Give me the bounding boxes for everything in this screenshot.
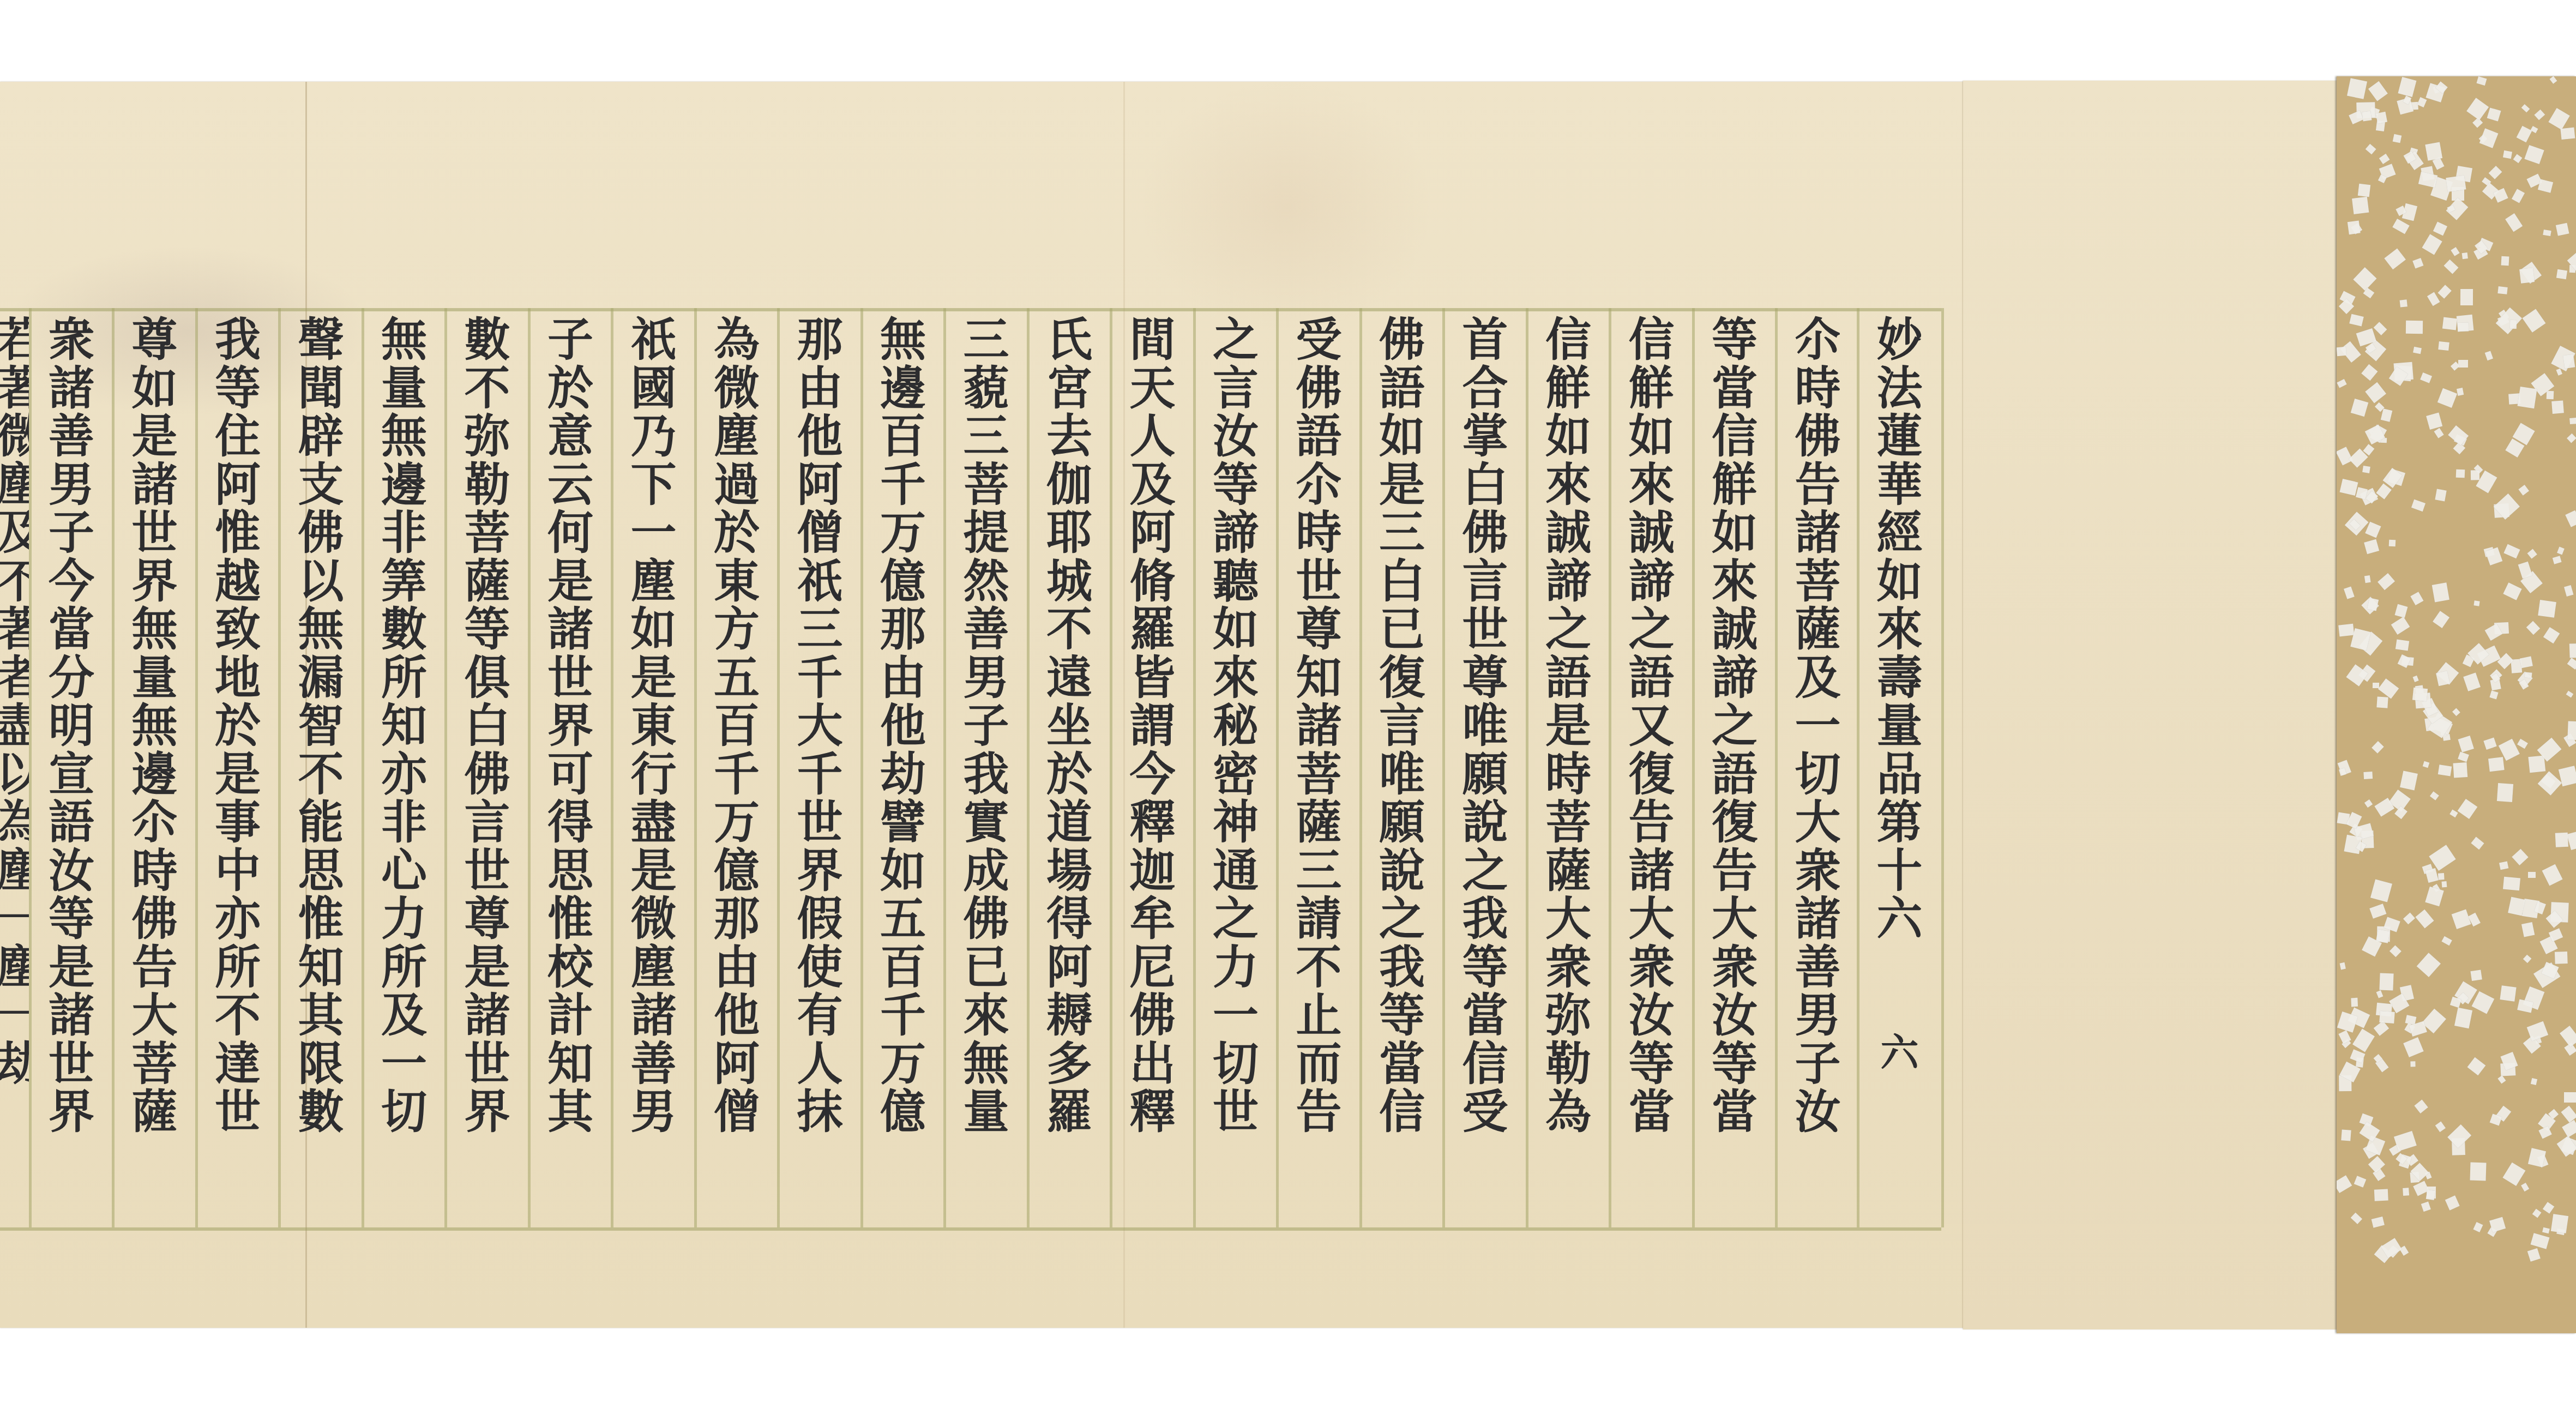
silver-fleck [2411,499,2425,511]
glyph: 聲 [298,316,344,364]
glyph: 藐 [963,364,1009,413]
glyph: 願 [1379,798,1425,847]
glyph: 三 [1296,847,1341,895]
silver-fleck [2521,922,2535,937]
glyph: 密 [1213,750,1259,799]
glyph: 子 [963,702,1009,750]
glyph: 他 [880,702,926,750]
glyph: 善 [963,605,1009,654]
glyph: 一 [630,509,676,557]
silver-fleck [2564,1092,2576,1103]
silver-fleck [2501,256,2509,266]
text-column: 我等住阿惟越致地於是事中亦所不達世 [195,308,278,1227]
silver-fleck [2370,879,2392,902]
glyph: 微 [630,895,676,943]
glyph: 菩 [963,461,1009,509]
silver-fleck [2435,489,2447,501]
glyph: 三 [963,412,1009,461]
glyph: 牟 [1129,895,1175,943]
silver-fleck [2380,973,2394,990]
glyph: 界 [131,557,177,606]
glyph: 之 [1545,605,1591,654]
silver-fleck [2365,382,2386,403]
silver-fleck [2569,643,2576,658]
glyph: 於 [547,364,593,413]
glyph: 汝 [49,847,94,895]
glyph: 者 [0,654,29,702]
silver-fleck [2451,247,2459,256]
silver-fleck [2490,690,2499,699]
silver-fleck [2379,1011,2395,1023]
glyph: 東 [630,702,676,750]
silver-fleck [2413,258,2424,269]
partial-text-column: 若著微塵及不著者盡以為塵一塵一劫 [0,308,29,1227]
text-column: 祇國乃下一塵如是東行盡是微塵諸善男 [611,308,694,1227]
silver-fleck [2358,183,2370,196]
glyph: 善 [1795,943,1840,992]
silver-fleck [2373,683,2379,688]
glyph: 當 [1712,1088,1758,1136]
glyph: 佛 [298,509,344,557]
glyph: 如 [131,364,177,413]
glyph: 不 [215,991,261,1040]
glyph: 世 [547,654,593,702]
glyph: 万 [714,798,760,847]
silver-fleck [2563,354,2575,369]
glyph: 告 [131,943,177,992]
title-sheet [1963,81,2339,1329]
glyph: 汝 [1628,991,1674,1040]
silver-fleck [2368,81,2388,101]
silver-fleck [2497,286,2508,294]
glyph: 那 [797,316,842,364]
silver-fleck [2366,144,2376,155]
glyph: 菩 [1296,750,1341,799]
glyph: 坐 [1046,702,1092,750]
glyph: 界 [464,1088,510,1136]
silver-fleck [2411,1061,2416,1067]
silver-fleck [2567,829,2576,850]
glyph: 阿 [714,1040,760,1088]
glyph: 一 [381,1040,427,1088]
glyph: 掌 [1462,412,1508,461]
silver-fleck [2519,268,2535,284]
silver-fleck [2505,213,2522,232]
glyph: 亦 [215,895,261,943]
glyph: 盡 [630,798,676,847]
silver-fleck [2528,872,2536,878]
text-column: 衆諸善男子今當分明宣語汝等是諸世界 [29,308,112,1227]
silver-fleck [2438,873,2444,880]
silver-fleck [2454,1008,2472,1029]
silver-fleck [2538,600,2557,618]
silver-fleck [2543,1202,2555,1214]
glyph: 等 [1628,1040,1674,1088]
glyph: 弥 [464,412,510,461]
glyph: 是 [215,750,261,799]
glyph: 已 [1379,605,1425,654]
glyph: 汝 [1795,1088,1840,1136]
silver-fleck [2458,736,2473,752]
glyph: 菩 [1545,798,1591,847]
silver-fleck [2337,1175,2352,1193]
silver-fleck [2446,176,2466,192]
glyph: 告 [1712,847,1758,895]
glyph: 那 [880,605,926,654]
silver-fleck [2473,1222,2483,1232]
silver-fleck [2510,320,2517,329]
silver-fleck [2417,97,2427,107]
glyph: 無 [131,605,177,654]
glyph: 當 [1628,1088,1674,1136]
glyph: 世 [797,798,842,847]
glyph: 如 [1379,412,1425,461]
glyph: 三 [963,316,1009,364]
glyph: 等 [215,364,261,413]
glyph: 說 [1379,847,1425,895]
glyph: 明 [49,702,94,750]
glyph: 氏 [1046,316,1092,364]
silver-fleck [2458,360,2468,368]
glyph: 誠 [1545,509,1591,557]
silver-fleck [2458,322,2469,332]
glyph: 復 [1628,750,1674,799]
silver-fleck [2364,539,2379,554]
text-column: 數不弥勒菩薩等俱白佛言世尊是諸世界 [444,308,527,1227]
glyph: 方 [714,605,760,654]
glyph: 中 [215,847,261,895]
glyph: 一 [0,895,29,943]
glyph: 皆 [1129,654,1175,702]
glyph: 勒 [1545,1040,1591,1088]
silver-fleck [2433,221,2447,236]
silver-fleck [2378,573,2395,590]
glyph: 止 [1296,991,1341,1040]
title-column: 妙法蓮華經如來壽量品第十六 六 [1857,308,1940,1227]
glyph: 一 [1795,702,1840,750]
silver-fleck [2441,881,2447,887]
glyph: 是 [630,847,676,895]
glyph: 薩 [131,1088,177,1136]
glyph: 時 [1296,509,1341,557]
glyph: 以 [0,750,29,799]
glyph: 大 [131,991,177,1040]
glyph: 阿 [1129,509,1175,557]
glyph: 觧 [1545,364,1591,413]
glyph: 聽 [1213,557,1259,606]
silver-fleck [2406,321,2423,334]
glyph: 諸 [547,605,593,654]
silver-fleck [2503,582,2521,600]
silver-fleck [2362,111,2372,121]
glyph: 合 [1462,364,1508,413]
glyph: 諦 [1628,557,1674,606]
glyph: 諦 [1545,557,1591,606]
glyph: 信 [1379,1088,1425,1136]
text-column: 無量無邊非筭數所知亦非心力所及一切 [362,308,444,1227]
silver-fleck [2556,223,2569,236]
silver-fleck [2502,1162,2525,1185]
glyph: 是 [630,654,676,702]
silver-fleck [2423,761,2430,768]
silver-fleck [2521,1183,2529,1191]
silver-fleck [2396,639,2410,651]
glyph: 之 [1213,316,1259,364]
glyph: 無 [381,316,427,364]
glyph: 是 [1545,702,1591,750]
silver-fleck [2527,549,2537,559]
glyph: 世 [131,509,177,557]
glyph: 為 [0,798,29,847]
silver-fleck [2379,153,2390,164]
silver-fleck [2389,540,2396,546]
silver-fleck [2467,1057,2485,1075]
glyph: 所 [381,943,427,992]
glyph: 事 [215,798,261,847]
silver-fleck [2559,766,2576,786]
glyph: 品 [1876,750,1922,799]
glyph: 世 [1296,557,1341,606]
silver-fleck [2484,737,2497,750]
glyph: 世 [215,1088,261,1136]
chapter-number-mark: 六 [1859,1022,1940,1077]
glyph: 男 [630,1088,676,1136]
silver-fleck [2363,772,2373,779]
silver-fleck [2341,1129,2351,1141]
glyph: 大 [797,702,842,750]
glyph: 大 [1628,895,1674,943]
glyph: 力 [381,895,427,943]
silver-fleck [2432,582,2449,602]
grid-right-border [1941,308,1947,1227]
glyph: 支 [298,461,344,509]
glyph: 迦 [1129,847,1175,895]
glyph: 來 [1628,461,1674,509]
glyph: 復 [1712,798,1758,847]
glyph: 壽 [1876,654,1922,702]
silver-fleck [2557,547,2565,555]
glyph: 六 [1876,895,1922,943]
silver-fleck [2425,887,2443,907]
silver-fleck [2523,954,2532,963]
glyph: 阿 [1046,943,1092,992]
glyph: 不 [1296,943,1341,992]
glyph: 告 [1628,798,1674,847]
silver-fleck [2438,765,2452,776]
glyph: 知 [381,702,427,750]
glyph: 思 [547,847,593,895]
glyph: 抹 [797,1088,842,1136]
glyph: 無 [880,316,926,364]
silver-fleck [2489,1217,2506,1232]
silver-fleck [2473,600,2479,606]
glyph: 譬 [880,798,926,847]
glyph: 假 [797,895,842,943]
glyph: 非 [381,798,427,847]
glyph: 是 [49,943,94,992]
glyph: 邊 [131,750,177,799]
silver-fleck [2462,252,2468,259]
glyph: 衆 [1712,943,1758,992]
glyph: 薩 [1545,847,1591,895]
silver-fleck [2394,1131,2417,1151]
silver-fleck [2348,220,2361,234]
glyph: 之 [1712,702,1758,750]
silver-fleck [2384,248,2406,269]
silver-fleck [2518,485,2529,496]
glyph: 言 [1462,557,1508,606]
silver-fleck [2416,910,2434,929]
silver-fleck [2435,1122,2446,1133]
silver-fleck [2535,110,2545,120]
glyph: 衆 [1795,847,1840,895]
glyph: 地 [215,654,261,702]
glyph: 是 [1379,461,1425,509]
silver-fleck [2376,112,2387,124]
glyph: 微 [714,364,760,413]
silver-fleck [2403,912,2415,924]
silver-fleck [2500,986,2517,1002]
glyph: 信 [1462,1040,1508,1088]
glyph: 如 [1712,509,1758,557]
glyph: 衆 [49,316,94,364]
glyph: 尼 [1129,943,1175,992]
glyph: 劫 [880,750,926,799]
glyph: 神 [1213,798,1259,847]
glyph: 何 [547,509,593,557]
silver-fleck [2421,1202,2431,1212]
glyph: 量 [1876,702,1922,750]
glyph: 是 [547,557,593,606]
silver-fleck [2549,108,2571,130]
silver-fleck [2569,418,2576,424]
glyph: 等 [1379,991,1425,1040]
silver-fleck [2441,936,2452,946]
silver-flecked-cover [2337,76,2576,1333]
glyph: 三 [1379,509,1425,557]
glyph: 得 [547,798,593,847]
silver-fleck [2361,364,2378,381]
silver-fleck [2437,285,2452,299]
glyph: 不 [1046,605,1092,654]
silver-fleck [2399,299,2408,308]
glyph: 願 [1462,750,1508,799]
glyph: 我 [215,316,261,364]
glyph: 語 [1712,750,1758,799]
glyph: 不 [464,364,510,413]
glyph: 十 [1876,847,1922,895]
silver-fleck [2463,672,2481,691]
glyph: 致 [215,605,261,654]
glyph: 不 [0,557,29,606]
column-text: 等當信觧如來誠諦之語復告大衆汝等當 [1695,316,1775,1136]
glyph: 世 [49,1040,94,1088]
glyph: 已 [963,943,1009,992]
glyph: 阿 [797,461,842,509]
text-column: 之言汝等諦聽如來秘密神通之力一切世 [1193,308,1276,1227]
glyph: 尊 [1296,605,1341,654]
silver-fleck [2364,575,2370,583]
glyph: 衆 [1545,943,1591,992]
glyph: 來 [1545,461,1591,509]
glyph: 尊 [1462,654,1508,702]
glyph: 善 [630,1040,676,1088]
glyph: 世 [1462,605,1508,654]
silver-fleck [2363,466,2371,473]
silver-fleck [2374,322,2387,336]
glyph: 百 [880,412,926,461]
glyph: 時 [1545,750,1591,799]
silver-fleck [2525,672,2532,678]
glyph: 時 [1795,364,1840,413]
text-column: 氏宮去伽耶城不遠坐於道場得阿耨多羅 [1027,308,1110,1227]
silver-fleck [2412,688,2428,702]
silver-fleck [2567,433,2576,442]
glyph: 第 [1876,798,1922,847]
column-text: 尒時佛告諸菩薩及一切大衆諸善男子汝 [1778,316,1858,1136]
glyph: 遠 [1046,654,1092,702]
glyph: 意 [547,412,593,461]
text-column: 等當信觧如來誠諦之語復告大衆汝等當 [1692,308,1775,1227]
column-text: 信觧如來誠諦之語是時菩薩大衆弥勒為 [1528,316,1609,1136]
silver-fleck [2499,861,2508,870]
glyph: 由 [714,943,760,992]
glyph: 由 [797,364,842,413]
silver-fleck [2412,676,2418,683]
glyph: 下 [630,461,676,509]
glyph: 若 [0,316,29,364]
glyph: 提 [963,509,1009,557]
glyph: 筭 [381,557,427,606]
silver-fleck [2565,586,2574,597]
glyph: 經 [1876,509,1922,557]
glyph: 乃 [630,412,676,461]
glyph: 蓮 [1876,412,1922,461]
glyph: 佛 [131,895,177,943]
silver-fleck [2445,1195,2459,1210]
glyph: 菩 [1795,557,1840,606]
glyph: 於 [1046,750,1092,799]
glyph: 諸 [1628,847,1674,895]
text-column: 受佛語尒時世尊知諸菩薩三請不止而告 [1276,308,1359,1227]
glyph: 語 [1296,412,1341,461]
glyph: 切 [1213,1040,1259,1088]
silver-fleck [2531,1233,2550,1249]
glyph: 千 [797,750,842,799]
text-column: 那由他阿僧祇三千大千世界假使有人抹 [777,308,860,1227]
silver-fleck [2452,708,2460,716]
glyph: 億 [880,557,926,606]
glyph: 子 [49,509,94,557]
text-column: 信觧如來誠諦之語是時菩薩大衆弥勒為 [1526,308,1609,1227]
glyph: 是 [131,412,177,461]
silver-fleck [2397,654,2410,668]
glyph: 諸 [1795,509,1840,557]
glyph: 如 [630,605,676,654]
glyph: 諸 [1795,895,1840,943]
glyph: 那 [714,895,760,943]
silver-fleck [2560,1026,2576,1047]
silver-fleck [2520,656,2533,668]
glyph: 知 [547,1040,593,1088]
glyph: 今 [1129,750,1175,799]
glyph: 受 [1296,316,1341,364]
silver-fleck [2351,1213,2362,1224]
glyph: 等 [464,605,510,654]
glyph: 諸 [49,991,94,1040]
glyph: 他 [797,412,842,461]
glyph: 國 [630,364,676,413]
